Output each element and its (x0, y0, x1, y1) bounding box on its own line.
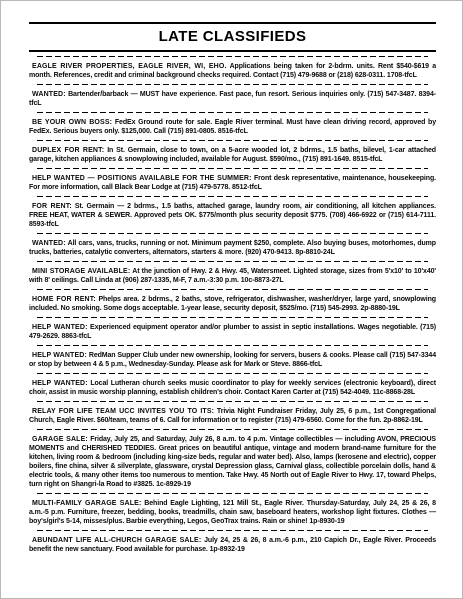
classified-ad-multi-family-garage-sale: MULTI-FAMILY GARAGE SALE: Behind Eagle L… (29, 498, 436, 526)
ad-lead: HELP WANTED: (32, 380, 88, 387)
ad-separator (37, 373, 428, 374)
classified-ad-help-wanted-summer: HELP WANTED — POSITIONS AVAILABLE FOR TH… (29, 173, 436, 192)
ad-separator (37, 168, 428, 169)
ad-separator (37, 261, 428, 262)
ad-separator (37, 530, 428, 531)
classified-ad-garage-sale-vintage: GARAGE SALE: Friday, July 25, and Saturd… (29, 434, 436, 489)
ad-body: Local Lutheran church seeks music coordi… (29, 380, 436, 396)
ad-lead: HELP WANTED: (32, 324, 88, 331)
ad-lead: ABUNDANT LIFE ALL-CHURCH GARAGE SALE: (32, 537, 201, 544)
ad-separator (37, 429, 428, 430)
ad-separator (37, 233, 428, 234)
ad-body: RedMan Supper Club under new ownership, … (29, 352, 436, 368)
ad-separator (37, 112, 428, 113)
classified-ad-mini-storage: MINI STORAGE AVAILABLE: At the junction … (29, 266, 436, 285)
ad-body: Bartender/barback — MUST have experience… (29, 91, 436, 107)
classified-ad-abundant-life-garage-sale: ABUNDANT LIFE ALL-CHURCH GARAGE SALE: Ju… (29, 535, 436, 554)
page-content: LATE CLASSIFIEDS EAGLE RIVER PROPERTIES,… (1, 1, 462, 554)
ad-separator (37, 345, 428, 346)
classifieds-page: LATE CLASSIFIEDS EAGLE RIVER PROPERTIES,… (0, 0, 463, 599)
ad-separator (37, 317, 428, 318)
classified-ad-help-wanted-redman: HELP WANTED: RedMan Supper Club under ne… (29, 350, 436, 369)
ad-separator (37, 493, 428, 494)
classified-ad-duplex-for-rent: DUPLEX FOR RENT: In St. Germain, close t… (29, 145, 436, 164)
ad-lead: HELP WANTED — POSITIONS AVAILABLE FOR TH… (32, 175, 252, 182)
ad-lead: FOR RENT: (32, 203, 72, 210)
classified-ad-help-wanted-church-music: HELP WANTED: Local Lutheran church seeks… (29, 378, 436, 397)
masthead-rule-bottom (29, 50, 436, 52)
ad-body: Experienced equipment operator and/or pl… (29, 324, 436, 340)
ad-separator (37, 140, 428, 141)
classified-ad-for-rent-st-germain: FOR RENT: St. Germain — 2 bdrms., 1.5 ba… (29, 201, 436, 229)
ad-lead: DUPLEX FOR RENT: (32, 147, 104, 154)
ad-separator (37, 289, 428, 290)
ad-separator (37, 84, 428, 85)
ad-lead: GARAGE SALE: (32, 436, 88, 443)
classified-ad-wanted-bartender: WANTED: Bartender/barback — MUST have ex… (29, 89, 436, 108)
ad-lead: EAGLE RIVER PROPERTIES, EAGLE RIVER, WI,… (32, 63, 227, 70)
ad-separator (37, 401, 428, 402)
ad-separator (37, 56, 428, 57)
ad-lead: RELAY FOR LIFE TEAM UCC INVITES YOU TO I… (32, 408, 214, 415)
ad-lead: HOME FOR RENT: (32, 296, 96, 303)
ad-separator (37, 196, 428, 197)
classified-ad-eagle-river-properties: EAGLE RIVER PROPERTIES, EAGLE RIVER, WI,… (29, 61, 436, 80)
ad-lead: HELP WANTED: (32, 352, 87, 359)
ad-lead: MINI STORAGE AVAILABLE: (32, 268, 130, 275)
ad-lead: WANTED: (32, 240, 66, 247)
ad-body: Friday, July 25, and Saturday, July 26, … (29, 436, 436, 488)
classified-ad-home-for-rent: HOME FOR RENT: Phelps area. 2 bdrms., 2 … (29, 294, 436, 313)
ad-lead: WANTED: (32, 91, 66, 98)
classified-ad-be-your-own-boss: BE YOUR OWN BOSS: FedEx Ground route for… (29, 117, 436, 136)
ad-body: St. Germain — 2 bdrms., 1.5 baths, attac… (29, 203, 436, 228)
page-title: LATE CLASSIFIEDS (29, 24, 436, 50)
classified-ad-wanted-cars: WANTED: All cars, vans, trucks, running … (29, 238, 436, 257)
ad-lead: BE YOUR OWN BOSS: (32, 119, 112, 126)
classified-ad-help-wanted-operator: HELP WANTED: Experienced equipment opera… (29, 322, 436, 341)
ad-lead: MULTI-FAMILY GARAGE SALE: (32, 500, 141, 507)
classified-ad-relay-for-life: RELAY FOR LIFE TEAM UCC INVITES YOU TO I… (29, 406, 436, 425)
ad-body: All cars, vans, trucks, running or not. … (29, 240, 436, 256)
